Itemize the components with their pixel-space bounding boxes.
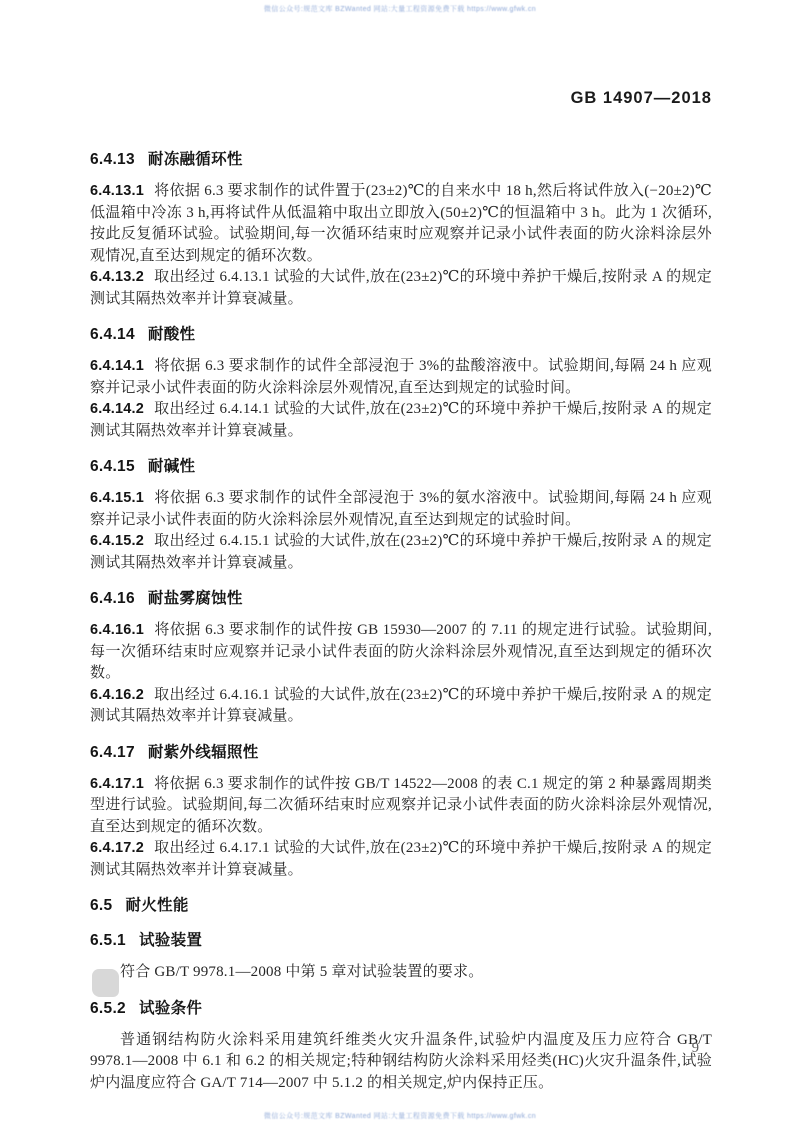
document-page: 微信公众号:规范文库 BZWanted 网站:大量工程资源免费下载 https:…: [0, 0, 800, 1130]
section-title: 试验条件: [139, 1000, 202, 1017]
section-title: 耐盐雾腐蚀性: [148, 590, 243, 607]
clause-text: 取出经过 6.4.15.1 试验的大试件,放在(23±2)℃的环境中养护干燥后,…: [90, 533, 712, 571]
clause-number: 6.4.15.1: [90, 490, 144, 506]
clause-text: 取出经过 6.4.17.1 试验的大试件,放在(23±2)℃的环境中养护干燥后,…: [90, 840, 712, 878]
clause-paragraph: 6.4.15.1将依据 6.3 要求制作的试件全部浸泡于 3%的氨水溶液中。试验…: [90, 488, 712, 531]
section-heading: 6.4.15耐碱性: [90, 456, 712, 477]
section-heading: 6.4.14耐酸性: [90, 324, 712, 345]
clause-number: 6.4.17.2: [90, 840, 144, 856]
doc-number: GB 14907—2018: [90, 88, 712, 108]
clause-paragraph: 6.4.17.2取出经过 6.4.17.1 试验的大试件,放在(23±2)℃的环…: [90, 838, 712, 881]
clause-number: 6.4.13.2: [90, 269, 144, 285]
body-paragraph: 普通钢结构防火涂料采用建筑纤维类火灾升温条件,试验炉内温度及压力应符合 GB/T…: [90, 1030, 712, 1095]
clause-number: 6.4.14.1: [90, 358, 144, 374]
clause-paragraph: 6.4.16.2取出经过 6.4.16.1 试验的大试件,放在(23±2)℃的环…: [90, 685, 712, 728]
section-number: 6.5.2: [90, 1000, 126, 1017]
clause-text: 将依据 6.3 要求制作的试件按 GB 15930—2007 的 7.11 的规…: [90, 622, 712, 681]
clause-paragraph: 6.4.14.2取出经过 6.4.14.1 试验的大试件,放在(23±2)℃的环…: [90, 399, 712, 442]
scan-smudge-artifact: [92, 969, 119, 997]
clause-paragraph: 6.4.13.2取出经过 6.4.13.1 试验的大试件,放在(23±2)℃的环…: [90, 267, 712, 310]
body-paragraph: 符合 GB/T 9978.1—2008 中第 5 章对试验装置的要求。: [90, 962, 712, 984]
clause-text: 将依据 6.3 要求制作的试件置于(23±2)℃的自来水中 18 h,然后将试件…: [90, 183, 712, 264]
page-content: GB 14907—2018 6.4.13耐冻融循环性6.4.13.1将依据 6.…: [90, 88, 712, 1094]
clause-number: 6.4.15.2: [90, 533, 144, 549]
section-title: 耐碱性: [148, 458, 195, 475]
section-heading: 6.4.13耐冻融循环性: [90, 149, 712, 170]
section-number: 6.4.13: [90, 151, 135, 168]
clause-text: 取出经过 6.4.16.1 试验的大试件,放在(23±2)℃的环境中养护干燥后,…: [90, 687, 712, 725]
section-heading: 6.4.17耐紫外线辐照性: [90, 742, 712, 763]
section-number: 6.5: [90, 897, 112, 914]
page-number: 9: [692, 1040, 699, 1057]
watermark-top: 微信公众号:规范文库 BZWanted 网站:大量工程资源免费下载 https:…: [0, 4, 800, 14]
clause-text: 将依据 6.3 要求制作的试件按 GB/T 14522—2008 的表 C.1 …: [90, 776, 712, 835]
clause-number: 6.4.17.1: [90, 776, 144, 792]
section-number: 6.4.16: [90, 590, 135, 607]
clause-paragraph: 6.4.13.1将依据 6.3 要求制作的试件置于(23±2)℃的自来水中 18…: [90, 181, 712, 267]
section-number: 6.4.14: [90, 326, 135, 343]
document-body: 6.4.13耐冻融循环性6.4.13.1将依据 6.3 要求制作的试件置于(23…: [90, 149, 712, 1094]
clause-number: 6.4.13.1: [90, 183, 144, 199]
section-title: 耐冻融循环性: [148, 151, 243, 168]
section-title: 耐酸性: [148, 326, 195, 343]
section-number: 6.5.1: [90, 932, 126, 949]
clause-paragraph: 6.4.15.2取出经过 6.4.15.1 试验的大试件,放在(23±2)℃的环…: [90, 531, 712, 574]
clause-number: 6.4.16.2: [90, 687, 144, 703]
clause-text: 取出经过 6.4.13.1 试验的大试件,放在(23±2)℃的环境中养护干燥后,…: [90, 269, 712, 307]
paragraph-text: 普通钢结构防火涂料采用建筑纤维类火灾升温条件,试验炉内温度及压力应符合 GB/T…: [90, 1032, 712, 1091]
paragraph-text: 符合 GB/T 9978.1—2008 中第 5 章对试验装置的要求。: [120, 964, 483, 980]
clause-text: 将依据 6.3 要求制作的试件全部浸泡于 3%的盐酸溶液中。试验期间,每隔 24…: [90, 358, 712, 396]
section-number: 6.4.17: [90, 744, 135, 761]
section-title: 耐紫外线辐照性: [148, 744, 259, 761]
section-heading: 6.5.2试验条件: [90, 998, 712, 1019]
clause-paragraph: 6.4.17.1将依据 6.3 要求制作的试件按 GB/T 14522—2008…: [90, 774, 712, 839]
section-number: 6.4.15: [90, 458, 135, 475]
section-heading: 6.5耐火性能: [90, 895, 712, 916]
section-title: 耐火性能: [125, 897, 188, 914]
clause-paragraph: 6.4.14.1将依据 6.3 要求制作的试件全部浸泡于 3%的盐酸溶液中。试验…: [90, 356, 712, 399]
section-title: 试验装置: [139, 932, 202, 949]
clause-number: 6.4.16.1: [90, 622, 144, 638]
watermark-bottom: 微信公众号:规范文库 BZWanted 网站:大量工程资源免费下载 https:…: [0, 1111, 800, 1121]
clause-paragraph: 6.4.16.1将依据 6.3 要求制作的试件按 GB 15930—2007 的…: [90, 620, 712, 685]
clause-text: 取出经过 6.4.14.1 试验的大试件,放在(23±2)℃的环境中养护干燥后,…: [90, 401, 712, 439]
section-heading: 6.4.16耐盐雾腐蚀性: [90, 588, 712, 609]
clause-number: 6.4.14.2: [90, 401, 144, 417]
clause-text: 将依据 6.3 要求制作的试件全部浸泡于 3%的氨水溶液中。试验期间,每隔 24…: [90, 490, 712, 528]
section-heading: 6.5.1试验装置: [90, 930, 712, 951]
